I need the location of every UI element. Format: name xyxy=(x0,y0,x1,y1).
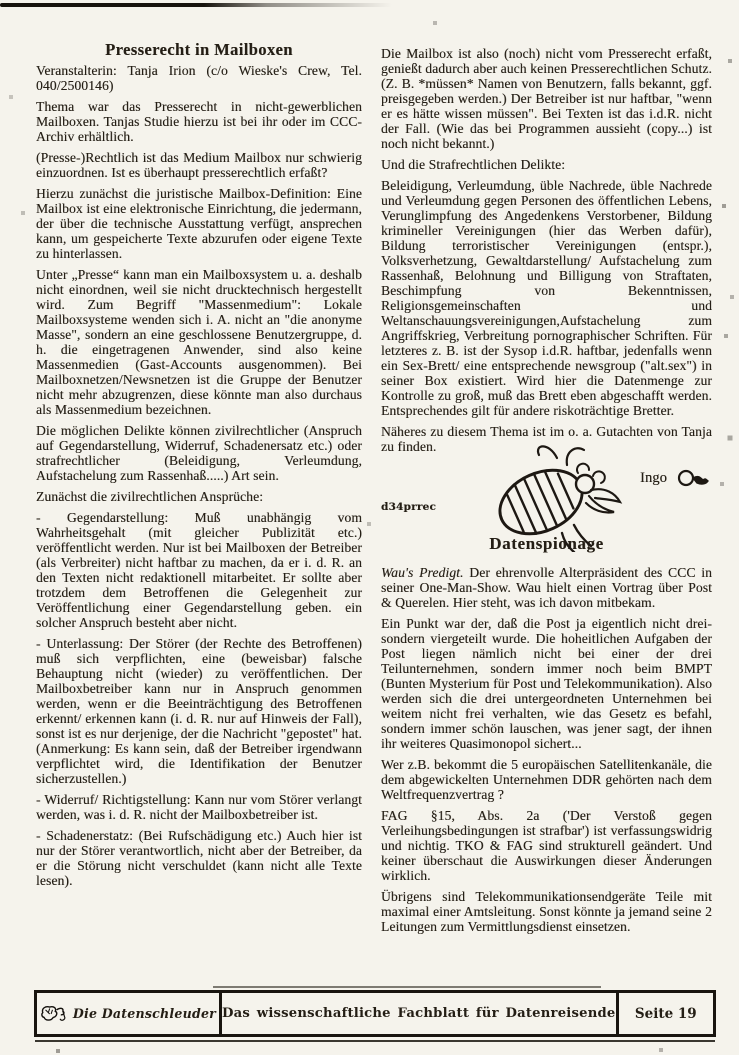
scan-noise xyxy=(0,0,2,2)
signature-scribble-icon xyxy=(676,468,710,488)
body-paragraph: Die Mailbox ist also (noch) nicht vom Pr… xyxy=(381,46,712,151)
body-paragraph: Unter „Presse“ kann man ein Mailboxsyste… xyxy=(36,267,362,417)
body-paragraph: FAG §15, Abs. 2a ('Der Verstoß gegen Ver… xyxy=(381,808,712,883)
right-column: Die Mailbox ist also (noch) nicht vom Pr… xyxy=(381,46,712,934)
signature-name: Ingo xyxy=(640,471,667,486)
section-heading-strafdelikte: Und die Strafrechtlichen Delikte: xyxy=(381,157,712,172)
footer-page-cell: Seite 19 xyxy=(619,993,713,1034)
footer-bar: Die Datenschleuder Das wissenschaftliche… xyxy=(34,990,716,1037)
illustration-block: Ingo d34prrec xyxy=(381,458,712,536)
section-heading-zivilrecht: Zunächst die zivilrechtlichen Ansprüche: xyxy=(36,489,362,504)
scanned-zine-page: Presserecht in Mailboxen Veranstalterin:… xyxy=(0,0,739,1055)
left-column: Presserecht in Mailboxen Veranstalterin:… xyxy=(36,42,362,888)
body-paragraph: Thema war das Presserecht in nicht-gewer… xyxy=(36,99,362,144)
footer-brand-cell: Die Datenschleuder xyxy=(37,993,222,1034)
footer-page-number: Seite 19 xyxy=(635,1006,697,1022)
footer-brand: Die Datenschleuder xyxy=(73,1006,216,1021)
wau-predigt-lead: Wau's Predigt. xyxy=(381,565,464,580)
article-title-presserecht: Presserecht in Mailboxen xyxy=(36,42,362,57)
signature-ingo: Ingo xyxy=(640,468,710,488)
body-paragraph: Beleidigung, Verleumdung, üble Nachrede,… xyxy=(381,178,712,418)
body-paragraph: - Unterlassung: Der Störer (der Rechte d… xyxy=(36,636,362,786)
body-paragraph: Übrigens sind Telekommunikationsendgerät… xyxy=(381,889,712,934)
body-paragraph: Veranstalterin: Tanja Irion (c/o Wieske'… xyxy=(36,63,362,93)
print-code: d34prrec xyxy=(381,500,436,515)
body-paragraph: Ein Punkt war der, daß die Post ja eigen… xyxy=(381,616,712,751)
bug-illustration xyxy=(479,440,629,552)
body-paragraph: - Gegendarstellung: Muß unabhängig vom W… xyxy=(36,510,362,630)
body-paragraph: Wau's Predigt. Der ehrenvolle Alterpräsi… xyxy=(381,565,712,610)
body-paragraph: (Presse-)Rechtlich ist das Medium Mailbo… xyxy=(36,150,362,180)
datenschleuder-logo-icon xyxy=(40,1000,72,1028)
body-paragraph: Hierzu zunächst die juristische Mailbox-… xyxy=(36,186,362,261)
body-paragraph: Wer z.B. bekommt die 5 europäischen Sate… xyxy=(381,757,712,802)
scan-edge-artifact xyxy=(0,3,392,7)
body-paragraph: - Widerruf/ Richtigstellung: Kann nur vo… xyxy=(36,792,362,822)
body-paragraph: - Schadenerstatz: (Bei Rufschädigung etc… xyxy=(36,828,362,888)
footer-tagline-cell: Das wissenschaftliche Fachblatt für Date… xyxy=(222,993,619,1034)
footer-tagline: Das wissenschaftliche Fachblatt für Date… xyxy=(222,1006,616,1021)
body-paragraph: Die möglichen Delikte können zivilrechtl… xyxy=(36,423,362,483)
